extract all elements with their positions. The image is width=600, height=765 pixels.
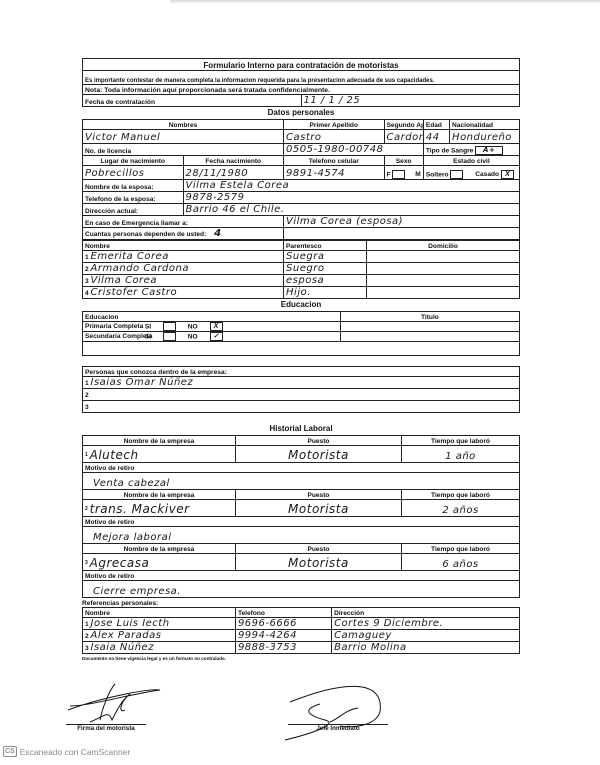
header-sexo: Sexo [384, 156, 423, 166]
jefe-signature-icon [280, 682, 390, 742]
lugar-nacimiento-field[interactable]: Pobrecillos [83, 166, 184, 180]
nombres-field[interactable]: Victor Manuel [83, 130, 284, 144]
personal-data-table: Nombres Primer Apellido Segundo Apellido… [82, 119, 520, 240]
empresa-field[interactable]: trans. Mackiver [90, 502, 190, 516]
camscanner-text: Escaneado con CamScanner [20, 747, 131, 757]
si-label: SI [145, 333, 151, 340]
dependents-table: Nombre Parentesco Domicilio 1 Emerita Co… [82, 240, 520, 299]
si-label: SI [145, 323, 151, 330]
row-number: 3 [85, 278, 89, 285]
header-edad: Edad [423, 120, 449, 130]
camscanner-watermark: CS Escaneado con CamScanner [3, 746, 130, 757]
dep-domicilio-field[interactable] [367, 251, 520, 263]
ref-direccion-field[interactable]: Cortes 9 Diciembre. [332, 618, 520, 630]
si-checkbox[interactable] [163, 332, 176, 341]
licencia-field[interactable]: 0505-1980-00748 [284, 144, 424, 156]
header-puesto: Puesto [235, 436, 401, 446]
header-educacion: Educacion [83, 312, 341, 322]
header-puesto: Puesto [235, 544, 401, 554]
dep-parentesco-field[interactable]: esposa [284, 275, 367, 287]
header-ref-direccion: Dirección [332, 608, 520, 618]
direccion-field[interactable]: Barrio 46 el Chile. [183, 204, 520, 216]
header-ref-nombre: Nombre [83, 608, 236, 618]
education-row: Primaria Completa SI NO X [83, 322, 520, 332]
disclaimer: Documento no tiene vigencia legal y es u… [82, 656, 520, 661]
dep-domicilio-field[interactable] [367, 287, 520, 299]
acquaintance-row: 1 Isaias Omar Núñez [83, 377, 520, 389]
licencia-label: No. de licencia [83, 144, 284, 156]
reference-row: 2 Alex Paradas 9994-4264 Camaguey [83, 630, 520, 642]
job-row: 3 Agrecasa Motorista 6 años [83, 554, 520, 571]
fecha-nacimiento-field[interactable]: 28/11/1980 [183, 166, 284, 180]
header-fecha-nacimiento: Fecha nacimiento [183, 156, 284, 166]
header-tiempo: Tiempo que laboró [401, 436, 519, 446]
dep-parentesco-field[interactable]: Suegro [284, 263, 367, 275]
job-row: 1 Alutech Motorista 1 año [83, 446, 520, 463]
header-puesto: Puesto [235, 490, 401, 500]
row-number: 3 [85, 645, 89, 652]
tel-esposa-label: Telefono de la esposa: [83, 192, 184, 204]
section-title-personal: Datos personales [82, 108, 520, 118]
reference-row: 3 Isaia Núñez 9888-3753 Barrio Molina [83, 642, 520, 654]
header-lugar-nacimiento: Lugar de nacimiento [83, 156, 184, 166]
motivo-label: Motivo de retiro [83, 517, 520, 527]
ref-telefono-field[interactable]: 9696-6666 [235, 618, 331, 630]
row-number: 1 [85, 621, 89, 628]
emergencia-label: En caso de Emergencia llamar a: [83, 216, 284, 228]
soltero-label: Soltero [426, 171, 449, 178]
dep-nombre-field[interactable]: Vilma Corea [91, 275, 157, 286]
sexo-f-label: F [387, 171, 391, 178]
tipo-sangre-field[interactable]: A+ [475, 146, 503, 155]
header-nombres: Nombres [83, 120, 284, 130]
dep-domicilio-field[interactable] [367, 275, 520, 287]
si-checkbox[interactable] [163, 322, 176, 331]
no-label: NO [188, 323, 198, 330]
dep-nombre-field[interactable]: Emerita Corea [91, 251, 169, 262]
edad-field[interactable]: 44 [423, 130, 449, 144]
tiempo-field[interactable]: 6 años [401, 554, 519, 571]
header-nacionalidad: Nacionalidad [450, 120, 520, 130]
row-number: 4 [85, 290, 89, 297]
emergencia-field[interactable]: Vilma Corea (esposa) [284, 216, 520, 228]
header-dep-domicilio: Domicilio [367, 241, 520, 251]
row-number: 1 [85, 452, 88, 458]
education-level-label: Secundaria Completa [85, 333, 143, 340]
titulo-field[interactable] [340, 332, 519, 342]
casado-label: Casado [475, 171, 499, 178]
form-intro: Es importante contestar de manera comple… [83, 71, 520, 85]
puesto-field[interactable]: Motorista [235, 500, 401, 517]
acquaintance-row: 3 [83, 401, 520, 413]
nacionalidad-field[interactable]: Hondureño [450, 130, 520, 144]
header-tiempo: Tiempo que laboró [401, 490, 519, 500]
dependent-row: 2 Armando Cardona Suegro [83, 263, 520, 275]
header-dep-parentesco: Parentesco [284, 241, 367, 251]
header-empresa: Nombre de la empresa [83, 436, 236, 446]
ref-direccion-field[interactable]: Camaguey [332, 630, 520, 642]
puesto-field[interactable]: Motorista [235, 554, 401, 571]
references-table: Nombre Telefono Dirección 1 Jose Luis Ie… [82, 607, 520, 654]
puesto-field[interactable]: Motorista [235, 446, 401, 463]
header-titulo: Titulo [340, 312, 519, 322]
sexo-f-checkbox[interactable] [392, 170, 405, 179]
ref-direccion-field[interactable]: Barrio Molina [332, 642, 520, 654]
references-label: Referencias personales: [82, 600, 520, 607]
motivo-label: Motivo de retiro [83, 463, 520, 473]
row-number: 2 [85, 633, 89, 640]
header-estado-civil: Estado civil [423, 156, 519, 166]
no-label: NO [188, 333, 198, 340]
tipo-sangre-label: Tipo de Sangre [426, 147, 474, 154]
esposa-label: Nombre de la esposa: [83, 180, 184, 192]
row-number: 3 [85, 560, 88, 566]
header-dep-nombre: Nombre [83, 241, 284, 251]
header-segundo-apellido: Segundo Apellido [384, 120, 423, 130]
no-checkbox[interactable]: X [210, 322, 223, 331]
scan-artifact [170, 0, 600, 4]
row-number: 3 [85, 404, 89, 411]
form-title: Formulario Interno para contratación de … [83, 59, 520, 71]
header-ref-telefono: Telefono [235, 608, 331, 618]
education-table: Educacion Titulo Primaria Completa SI NO… [82, 311, 520, 356]
row-number: 2 [85, 266, 89, 273]
hire-date-field[interactable]: 11 / 1 / 25 [301, 95, 520, 107]
section-title-work-history: Historial Laboral [82, 424, 520, 434]
motivo-field[interactable]: Venta cabezal [83, 473, 520, 490]
ref-nombre-field[interactable]: Alex Paradas [91, 630, 162, 641]
row-number: 2 [85, 392, 89, 399]
acquaintance-row: 2 [83, 389, 520, 401]
acquaintance-field[interactable]: Isaias Omar Núñez [91, 377, 194, 388]
telefono-celular-field[interactable]: 9891-4574 [284, 166, 385, 180]
casado-checkbox[interactable]: X [501, 170, 514, 179]
header-empresa: Nombre de la empresa [83, 490, 236, 500]
dependent-row: 4 Cristofer Castro Hijo. [83, 287, 520, 299]
form-header: Formulario Interno para contratación de … [82, 58, 520, 107]
dependientes-label: Cuantas personas dependen de usted: [85, 231, 206, 238]
primer-apellido-field[interactable]: Castro [284, 130, 385, 144]
segundo-apellido-field[interactable]: Cardona [384, 130, 423, 144]
motivo-field[interactable]: Cierre empresa. [83, 581, 520, 598]
dep-parentesco-field[interactable]: Suegra [284, 251, 367, 263]
header-primer-apellido: Primer Apellido [284, 120, 385, 130]
form-note: Nota: Toda información aquí proporcionad… [83, 85, 520, 95]
sexo-m-label: M [415, 171, 421, 178]
ref-telefono-field[interactable]: 9888-3753 [235, 642, 331, 654]
contract-form: Formulario Interno para contratación de … [82, 58, 520, 661]
ref-nombre-field[interactable]: Jose Luis Iecth [91, 618, 170, 629]
firma-motorista-label: Firma del motorista [66, 724, 146, 732]
acquaintances-table: Personas que conozca dentro de la empres… [82, 366, 520, 413]
empresa-field[interactable]: Alutech [90, 448, 139, 462]
row-number: 1 [85, 254, 89, 261]
dep-nombre-field[interactable]: Cristofer Castro [91, 287, 178, 298]
tiempo-field[interactable]: 1 año [401, 446, 519, 463]
esposa-field[interactable]: Vilma Estela Corea [183, 180, 520, 192]
dependent-row: 1 Emerita Corea Suegra [83, 251, 520, 263]
education-extra-row[interactable] [83, 342, 520, 356]
camscanner-logo-icon: CS [3, 746, 17, 757]
header-empresa: Nombre de la empresa [83, 544, 236, 554]
work-history-table: Nombre de la empresaPuestoTiempo que lab… [82, 435, 520, 598]
ref-nombre-field[interactable]: Isaia Núñez [91, 642, 154, 653]
jefe-inmediato-label: Jefe Inmediato [288, 724, 388, 732]
row-number: 2 [85, 506, 88, 512]
titulo-field[interactable] [340, 322, 519, 332]
education-row: Secundaria Completa SI NO ✓ [83, 332, 520, 342]
dep-nombre-field[interactable]: Armando Cardona [91, 263, 189, 274]
motivo-field[interactable]: Mejora laboral [83, 527, 520, 544]
hire-date-label: Fecha de contratación [83, 95, 302, 107]
row-number: 1 [85, 380, 89, 387]
job-row: 2 trans. Mackiver Motorista 2 años [83, 500, 520, 517]
header-tiempo: Tiempo que laboró [401, 544, 519, 554]
header-telefono-celular: Telefono celular [284, 156, 385, 166]
tel-esposa-field[interactable]: 9878-2579 [183, 192, 520, 204]
empresa-field[interactable]: Agrecasa [90, 556, 150, 570]
section-title-education: Educacion [82, 300, 520, 310]
dep-domicilio-field[interactable] [367, 263, 520, 275]
no-checkbox[interactable]: ✓ [210, 332, 223, 341]
ref-telefono-field[interactable]: 9994-4264 [235, 630, 331, 642]
motorista-signature-icon [60, 680, 170, 728]
tiempo-field[interactable]: 2 años [401, 500, 519, 517]
dependientes-field[interactable]: 4 [208, 228, 227, 240]
education-level-label: Primaria Completa [85, 323, 143, 330]
dep-parentesco-field[interactable]: Hijo. [284, 287, 367, 299]
direccion-label: Dirección actual: [83, 204, 184, 216]
reference-row: 1 Jose Luis Iecth 9696-6666 Cortes 9 Dic… [83, 618, 520, 630]
dependent-row: 3 Vilma Corea esposa [83, 275, 520, 287]
motivo-label: Motivo de retiro [83, 571, 520, 581]
soltero-checkbox[interactable] [450, 170, 463, 179]
acquaintances-label: Personas que conozca dentro de la empres… [83, 367, 520, 377]
